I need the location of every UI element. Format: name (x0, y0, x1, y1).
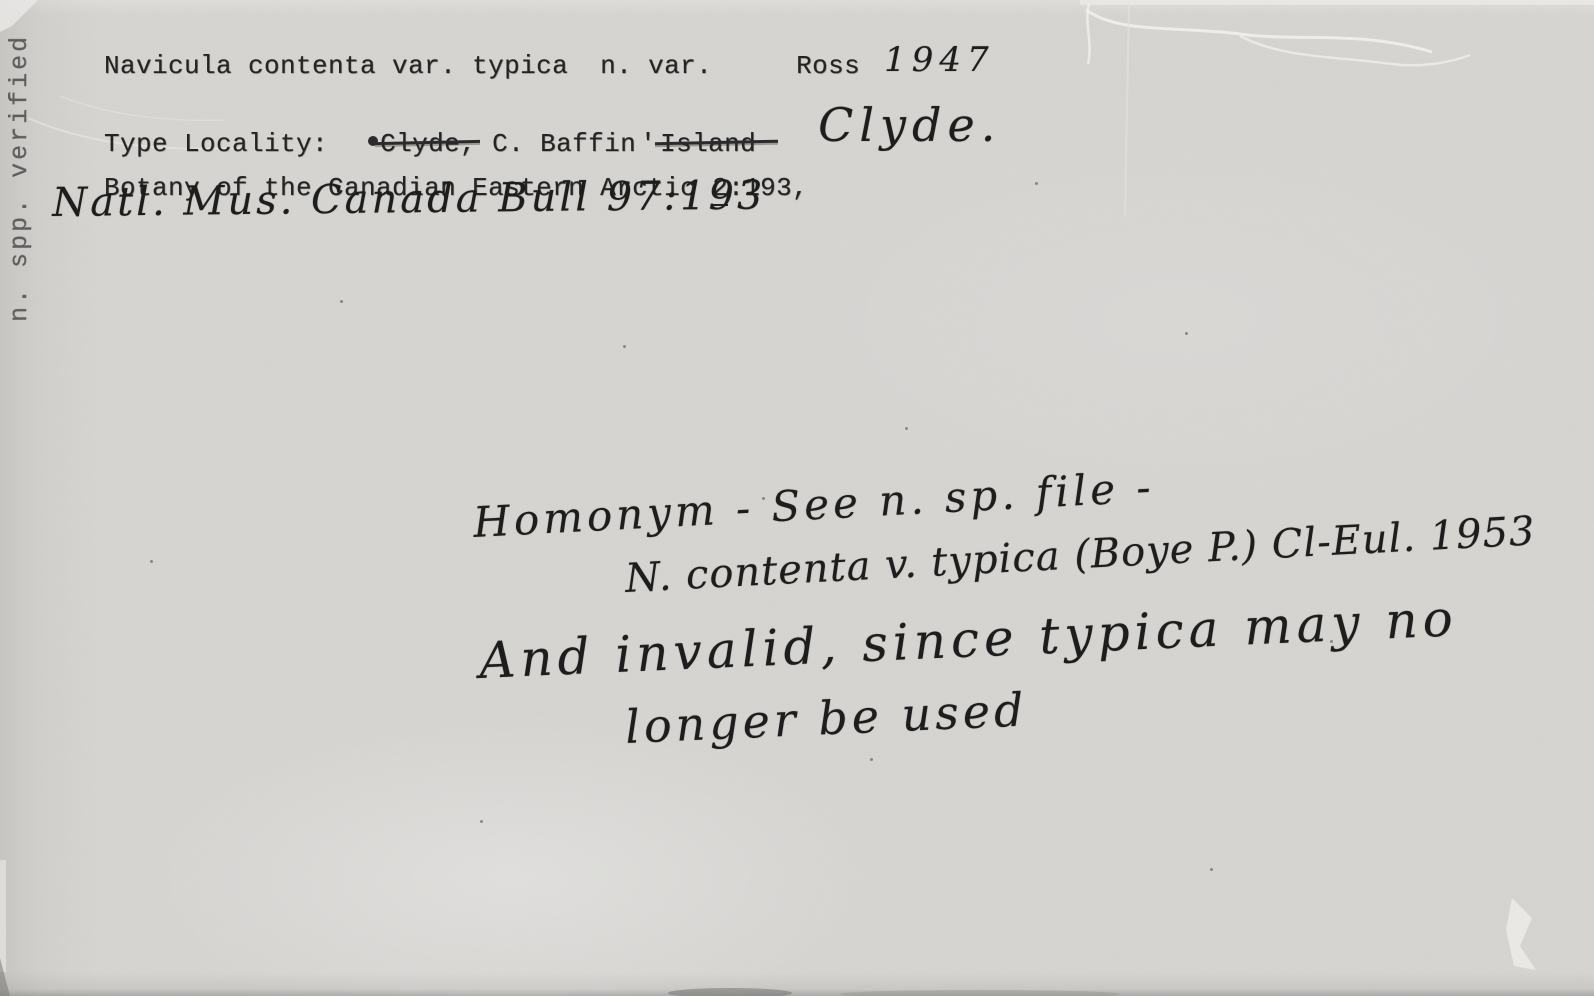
author-name: Ross (796, 51, 860, 81)
locality-handwritten-correction: Clyde. (818, 98, 1001, 152)
annotation-invalid-line: And invalid, since typica may no (478, 589, 1459, 690)
paper-speck (905, 427, 908, 430)
paper-speck (1210, 868, 1213, 871)
species-name: Navicula contenta var. typica n. var. (104, 51, 712, 81)
year-handwritten: 1947 (884, 40, 995, 80)
paper-speck (1035, 182, 1038, 185)
margin-note-verified: n. spp. verified (6, 30, 34, 322)
reference-handwritten: Natl. Mus. Canada Bull 97:193 (52, 173, 766, 226)
paper-speck (762, 497, 765, 500)
paper-speck (870, 758, 873, 761)
annotation-invalid-line-cont: longer be used (624, 682, 1028, 754)
paper-speck (340, 300, 343, 303)
paper-speck (1185, 332, 1188, 335)
paper-speck (480, 820, 483, 823)
paper-speck (1330, 640, 1333, 643)
paper-speck (150, 560, 153, 563)
scanned-index-card: n. spp. verified Navicula contenta var. … (0, 0, 1594, 996)
paper-speck (623, 345, 626, 348)
